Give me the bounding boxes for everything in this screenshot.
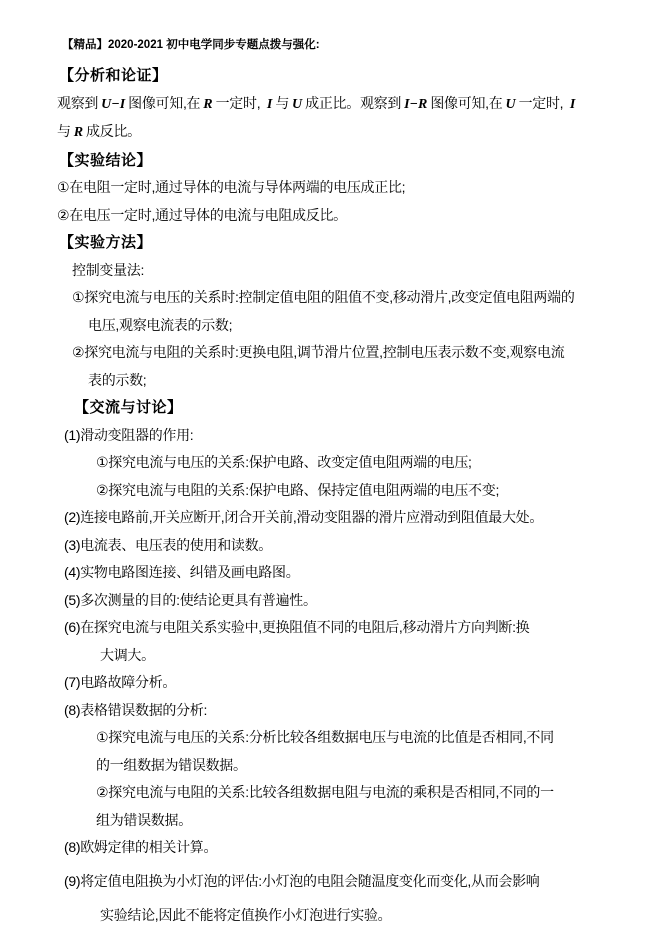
- discussion-item-8-sub-1-line2: 的一组数据为错误数据。: [0, 752, 661, 780]
- discussion-item-9-line1: (9)将定值电阻换为小灯泡的评估:小灯泡的电阻会随温度变化而变化,从而会影响: [0, 868, 661, 896]
- document-page: 【精品】2020-2021 初中电学同步专题点拨与强化: 【分析和论证】 观察到…: [0, 0, 661, 930]
- heading-analysis: 【分析和论证】: [0, 62, 661, 90]
- discussion-item-1-sub-2: ②探究电流与电阻的关系:保护电路、保持定值电阻两端的电压不变;: [0, 477, 661, 505]
- section-conclusion: 【实验结论】 ①在电阻一定时,通过导体的电流与导体两端的电压成正比; ②在电压一…: [0, 147, 661, 230]
- discussion-item-4: (4)实物电路图连接、纠错及画电路图。: [0, 559, 661, 587]
- discussion-item-1-sub-1: ①探究电流与电压的关系:保护电路、改变定值电阻两端的电压;: [0, 449, 661, 477]
- method-intro: 控制变量法:: [0, 257, 661, 285]
- analysis-paragraph-line2: 与R成反比。: [0, 118, 661, 147]
- discussion-item-5: (5)多次测量的目的:使结论更具有普遍性。: [0, 587, 661, 615]
- discussion-item-3: (3)电流表、电压表的使用和读数。: [0, 532, 661, 560]
- heading-discussion: 【交流与讨论】: [0, 394, 661, 422]
- doc-source-note: 【精品】2020-2021 初中电学同步专题点拨与强化:: [0, 36, 661, 55]
- discussion-item-7: (7)电路故障分析。: [0, 669, 661, 697]
- heading-conclusion: 【实验结论】: [0, 147, 661, 175]
- method-item-2-line1: ②探究电流与电阻的关系时:更换电阻,调节滑片位置,控制电压表示数不变,观察电流: [0, 339, 661, 367]
- discussion-item-9-line2: 实验结论,因此不能将定值换作小灯泡进行实验。: [0, 902, 661, 930]
- method-item-1-line1: ①探究电流与电压的关系时:控制定值电阻的阻值不变,移动滑片,改变定值电阻两端的: [0, 284, 661, 312]
- heading-method: 【实验方法】: [0, 229, 661, 257]
- discussion-item-8-sub-1-line1: ①探究电流与电压的关系:分析比较各组数据电压与电流的比值是否相同,不同: [0, 724, 661, 752]
- discussion-item-8: (8)表格错误数据的分析:: [0, 697, 661, 725]
- discussion-item-8-sub-2-line1: ②探究电流与电阻的关系:比较各组数据电阻与电流的乘积是否相同,不同的一: [0, 779, 661, 807]
- section-method: 【实验方法】 控制变量法: ①探究电流与电压的关系时:控制定值电阻的阻值不变,移…: [0, 229, 661, 394]
- conclusion-item-1: ①在电阻一定时,通过导体的电流与导体两端的电压成正比;: [0, 174, 661, 202]
- discussion-item-6-line1: (6)在探究电流与电阻关系实验中,更换阻值不同的电阻后,移动滑片方向判断:换: [0, 614, 661, 642]
- analysis-paragraph-line1: 观察到U−I图像可知,在R一定时, I与U成正比。观察到I−R图像可知,在U一定…: [0, 90, 661, 119]
- discussion-item-8b: (8)欧姆定律的相关计算。: [0, 834, 661, 862]
- method-item-2-line2: 表的示数;: [0, 367, 661, 395]
- section-analysis: 【分析和论证】 观察到U−I图像可知,在R一定时, I与U成正比。观察到I−R图…: [0, 62, 661, 147]
- discussion-item-6-line2: 大调大。: [0, 642, 661, 670]
- conclusion-item-2: ②在电压一定时,通过导体的电流与电阻成反比。: [0, 202, 661, 230]
- method-item-1-line2: 电压,观察电流表的示数;: [0, 312, 661, 340]
- discussion-item-2: (2)连接电路前,开关应断开,闭合开关前,滑动变阻器的滑片应滑动到阻值最大处。: [0, 504, 661, 532]
- discussion-item-8-sub-2-line2: 组为错误数据。: [0, 807, 661, 835]
- discussion-item-1: (1)滑动变阻器的作用:: [0, 422, 661, 450]
- section-discussion: 【交流与讨论】 (1)滑动变阻器的作用: ①探究电流与电压的关系:保护电路、改变…: [0, 394, 661, 930]
